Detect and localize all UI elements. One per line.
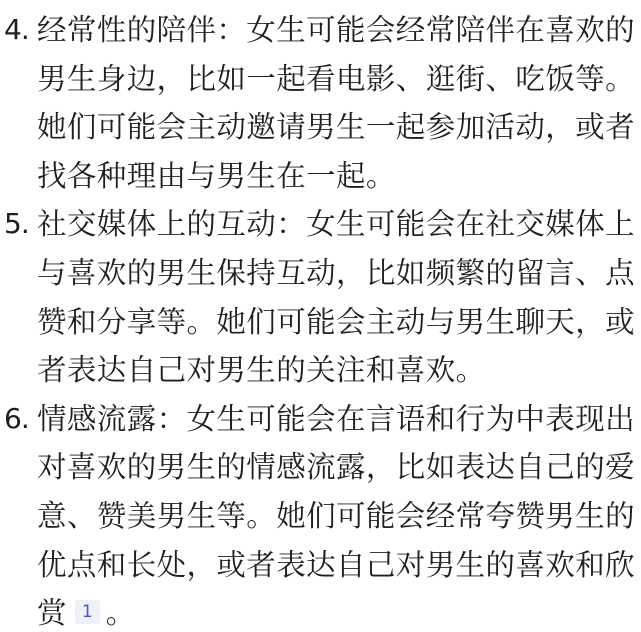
list-item: 4. 经常性的陪伴：女生可能会经常陪伴在喜欢的男生身边，比如一起看电影、逛街、吃… (0, 6, 641, 200)
list-number: 6. (4, 395, 29, 444)
answer-list: 4. 经常性的陪伴：女生可能会经常陪伴在喜欢的男生身边，比如一起看电影、逛街、吃… (0, 0, 641, 632)
list-number: 5. (4, 200, 29, 249)
list-item: 5. 社交媒体上的互动：女生可能会在社交媒体上与喜欢的男生保持互动，比如频繁的留… (0, 200, 641, 394)
list-item-text: 社交媒体上的互动：女生可能会在社交媒体上与喜欢的男生保持互动，比如频繁的留言、点… (37, 207, 635, 387)
list-item-text: 经常性的陪伴：女生可能会经常陪伴在喜欢的男生身边，比如一起看电影、逛街、吃饭等。… (37, 13, 635, 193)
list-number: 4. (4, 6, 29, 55)
citation-badge[interactable]: 1 (75, 600, 100, 624)
list-item: 6. 情感流露：女生可能会在言语和行为中表现出对喜欢的男生的情感流露，比如表达自… (0, 395, 641, 632)
trailing-punctuation: 。 (106, 596, 136, 630)
